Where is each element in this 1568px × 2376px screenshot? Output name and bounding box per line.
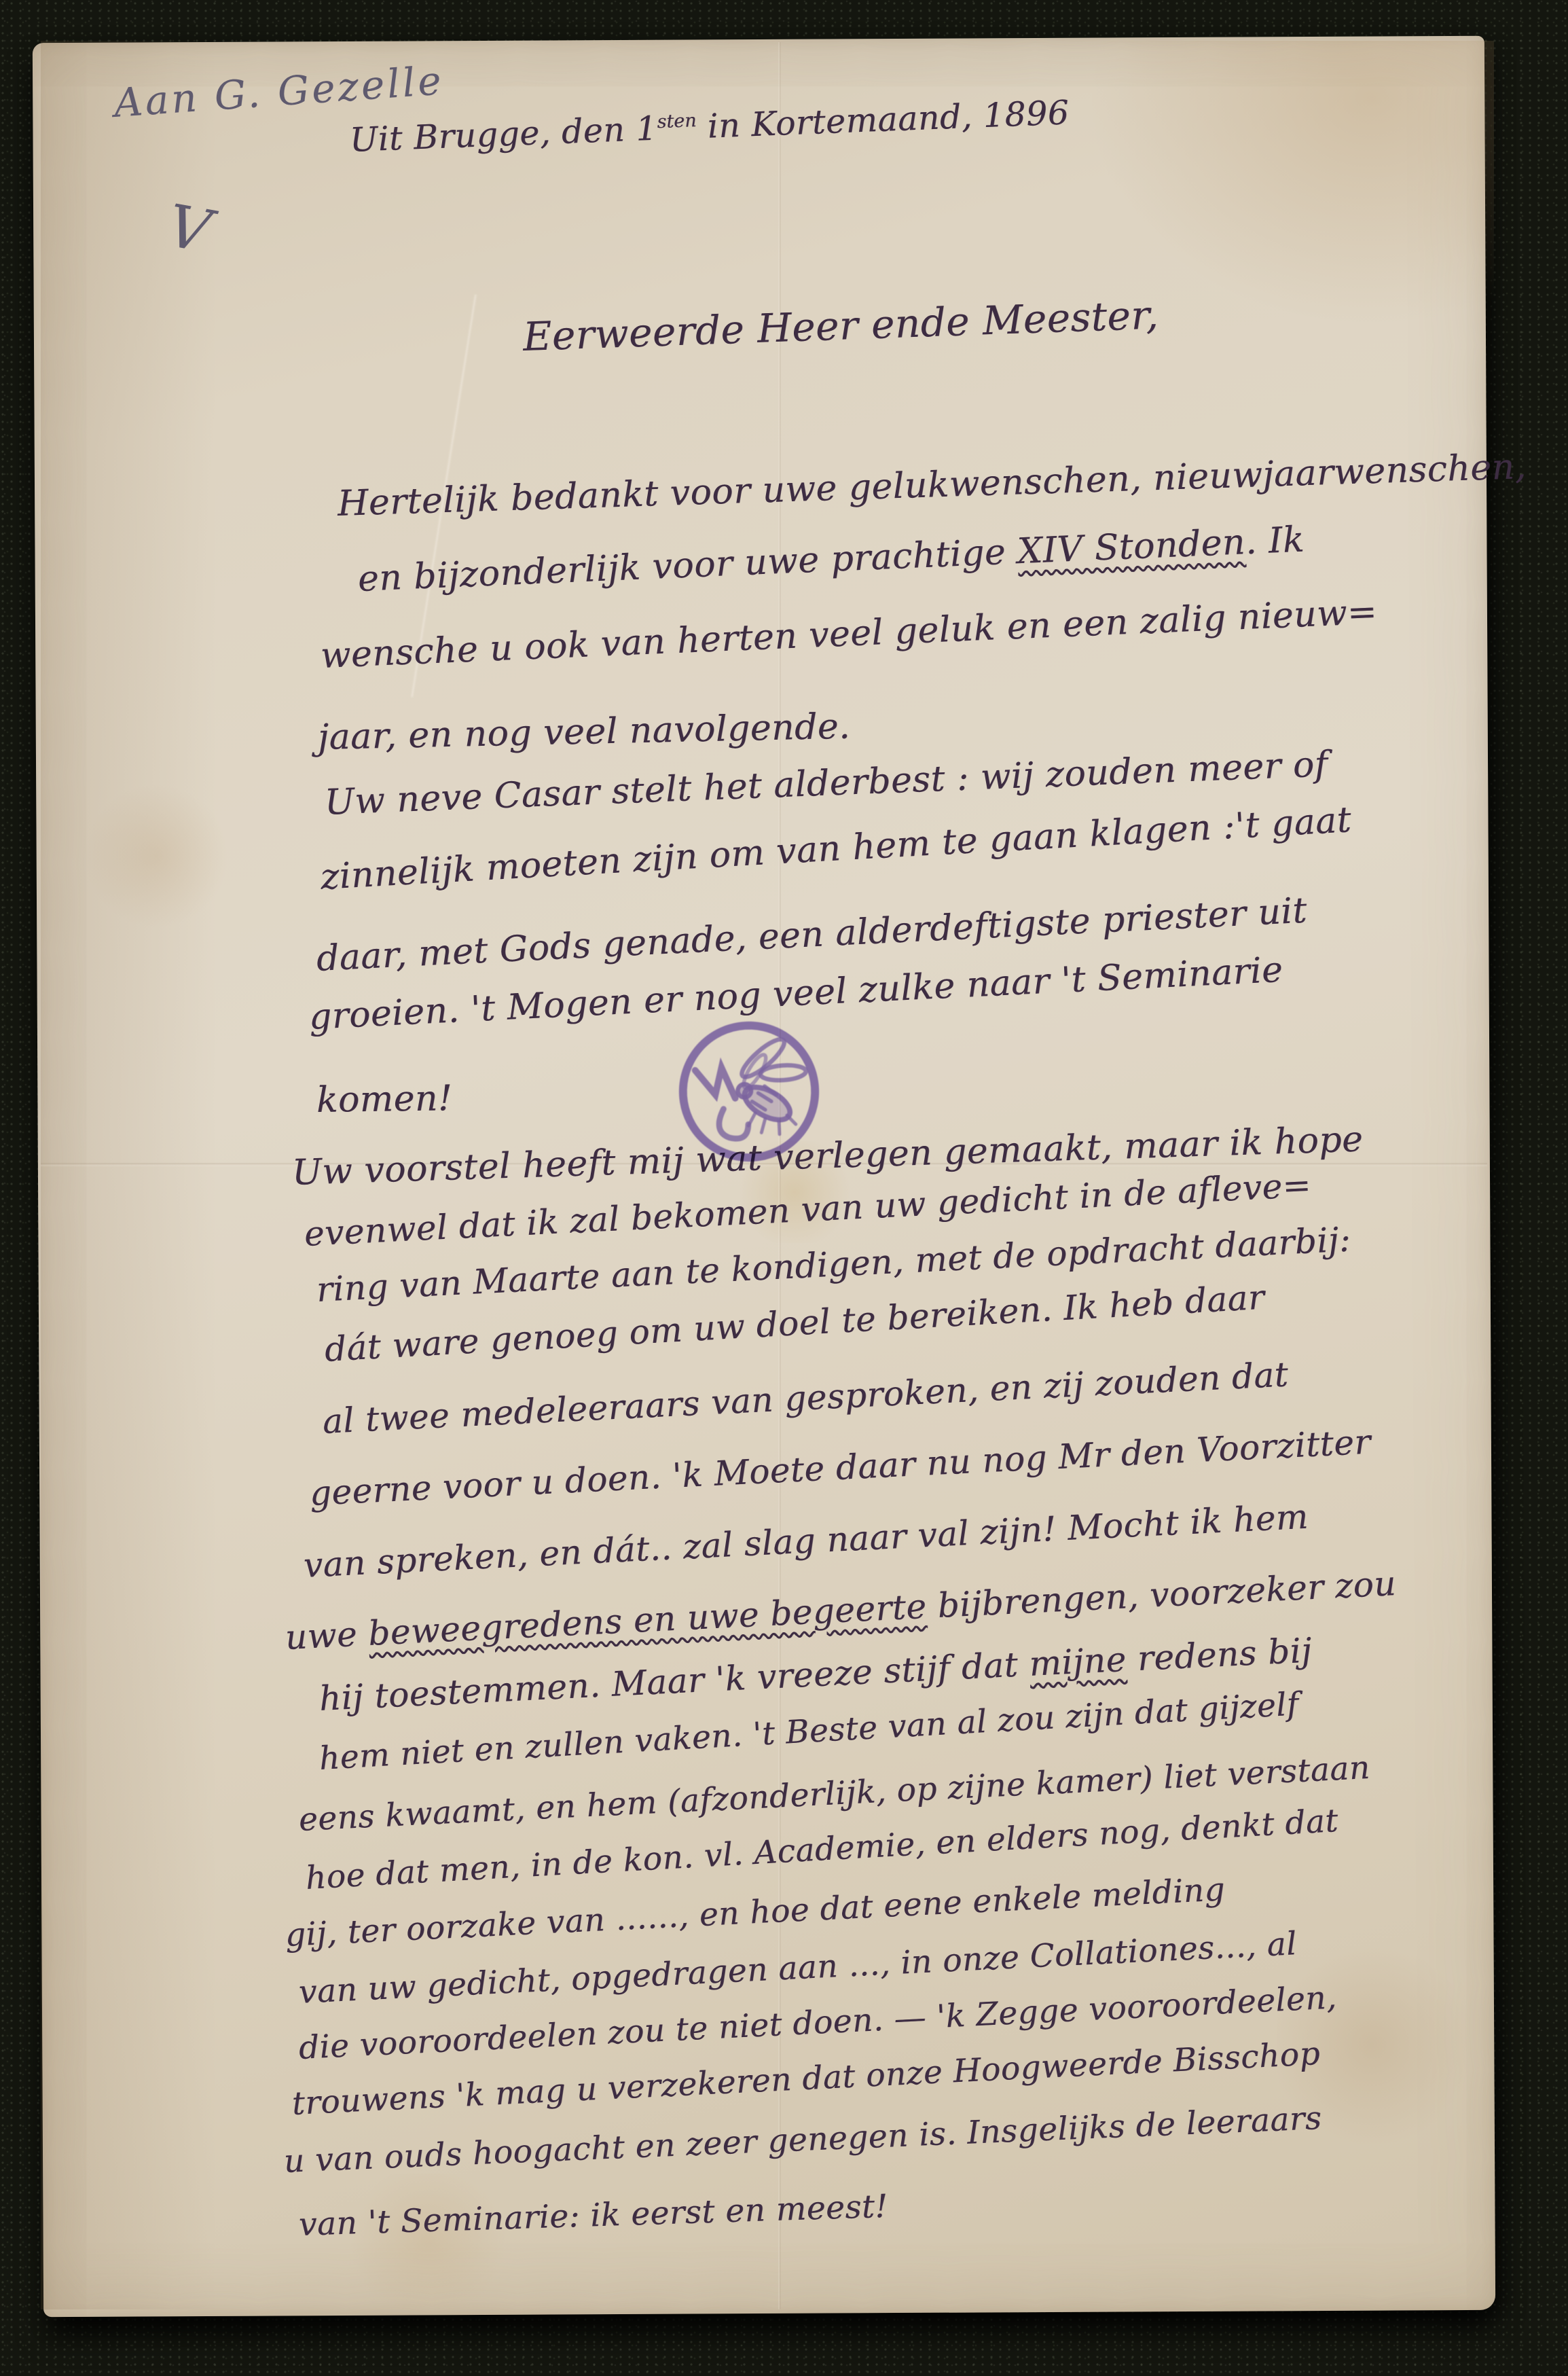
letter-line-9: komen!	[316, 1078, 453, 1121]
scanned-letter-page: Aan G. Gezelle V Uit Brugge, den 1sten i…	[0, 0, 1568, 2376]
dateline-ordinal-superscript: sten	[657, 110, 697, 132]
bee-stamp-icon	[665, 1005, 833, 1177]
underlined-phrase: mijne	[1028, 1640, 1127, 1684]
